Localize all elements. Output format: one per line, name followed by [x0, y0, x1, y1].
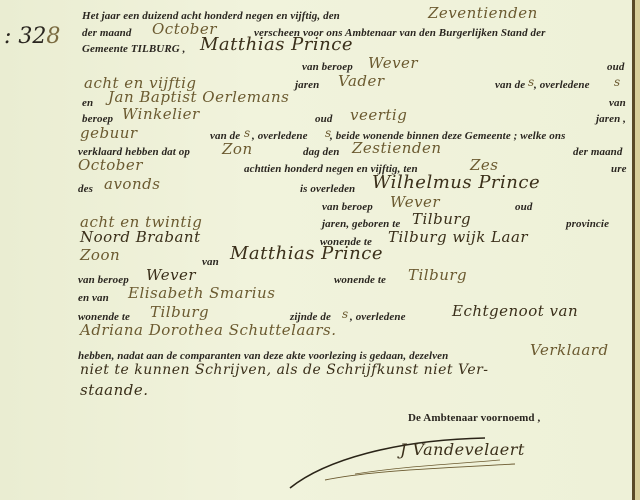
- hw-declarant1-occupation: Wever: [368, 54, 418, 72]
- printed-van-beroep-2: van beroep: [322, 201, 373, 213]
- hw-suffix-3: s: [244, 126, 251, 140]
- printed-overledene-2: , overledene: [252, 130, 308, 142]
- hw-spouse-name: Adriana Dorothea Schuttelaars.: [80, 321, 337, 339]
- printed-oud-2: oud: [315, 113, 332, 125]
- hw-mother-residence: Tilburg: [150, 303, 209, 321]
- printed-en-van: en van: [78, 292, 109, 304]
- printed-gemeente: Gemeente TILBURG ,: [82, 43, 186, 55]
- hw-province: Noord Brabant: [80, 228, 201, 246]
- printed-jaren-2: jaren ,: [596, 113, 626, 125]
- hw-declarant1-name: Matthias Prince: [200, 34, 353, 55]
- hw-closing-text: niet te kunnen Schrijven, als de Schrijf…: [80, 362, 489, 378]
- hw-father-occupation: Wever: [146, 266, 196, 284]
- printed-overledene-1: , overledene: [534, 79, 590, 91]
- hw-day-written: Zeventienden: [428, 4, 538, 22]
- hw-death-weekday: Zon: [222, 140, 253, 158]
- printed-oud-1: oud: [607, 61, 624, 73]
- hw-declarant2-occupation: Winkelier: [122, 105, 200, 123]
- printed-van-2: van: [202, 256, 219, 268]
- page-border-margin: [635, 0, 640, 500]
- hw-closing-verklaard: Verklaard: [530, 341, 609, 359]
- printed-overledene-3: , overledene: [350, 311, 406, 323]
- hw-spouse-suffix: s: [342, 307, 349, 321]
- printed-van-de-1: van de: [495, 79, 525, 91]
- civil-record-page: : 328 Het jaar een duizend acht honderd …: [0, 0, 632, 500]
- printed-closing-line: hebben, nadat aan de comparanten van dez…: [78, 350, 448, 362]
- printed-provincie: provincie: [566, 218, 609, 230]
- hw-spouse-relation: Echtgenoot van: [452, 302, 578, 320]
- printed-van-1: van: [609, 97, 626, 109]
- printed-ambtenaar-voornoemd: De Ambtenaar voornoemd ,: [408, 412, 540, 424]
- hw-deceased-occupation: Wever: [390, 193, 440, 211]
- hw-deceased-name: Wilhelmus Prince: [372, 172, 540, 193]
- printed-des: des: [78, 183, 93, 195]
- hw-declarant2-name: Jan Baptist Oerlemans: [108, 88, 289, 106]
- hw-declarant1-relation: Vader: [338, 72, 385, 90]
- printed-jaren-1: jaren: [295, 79, 319, 91]
- printed-dag-den: dag den: [303, 146, 339, 158]
- hw-time-of-day: avonds: [104, 175, 160, 193]
- hw-father-name: Matthias Prince: [230, 243, 383, 264]
- hw-declarant2-relation: gebuur: [80, 124, 138, 142]
- hw-mother-name: Elisabeth Smarius: [128, 284, 275, 302]
- record-number-handwritten: 8: [46, 24, 60, 49]
- hw-father-residence: Tilburg: [408, 266, 467, 284]
- hw-death-day: Zestienden: [352, 139, 442, 157]
- hw-signature: J Vandevelaert: [400, 440, 525, 459]
- record-number-printed: : 32: [4, 24, 46, 49]
- hw-declarant2-age: veertig: [350, 106, 407, 124]
- printed-van-beroep-3: van beroep: [78, 274, 129, 286]
- hw-relation: Zoon: [80, 246, 120, 264]
- hw-closing-staande: staande.: [80, 381, 149, 399]
- printed-oud-3: oud: [515, 201, 532, 213]
- printed-wonende-2: wonende te: [334, 274, 386, 286]
- signature-flourish-icon: [285, 430, 545, 490]
- printed-der-maand: der maand: [82, 27, 132, 39]
- hw-death-month: October: [78, 156, 143, 174]
- hw-suffix-2: s: [614, 75, 621, 89]
- printed-ure: ure: [611, 163, 627, 175]
- record-number: : 328: [4, 24, 60, 49]
- printed-is-overleden: is overleden: [300, 183, 355, 195]
- printed-der-maand-2: der maand: [573, 146, 623, 158]
- hw-birthplace: Tilburg: [412, 210, 471, 228]
- printed-en: en: [82, 97, 93, 109]
- hw-residence: Tilburg wijk Laar: [388, 228, 528, 246]
